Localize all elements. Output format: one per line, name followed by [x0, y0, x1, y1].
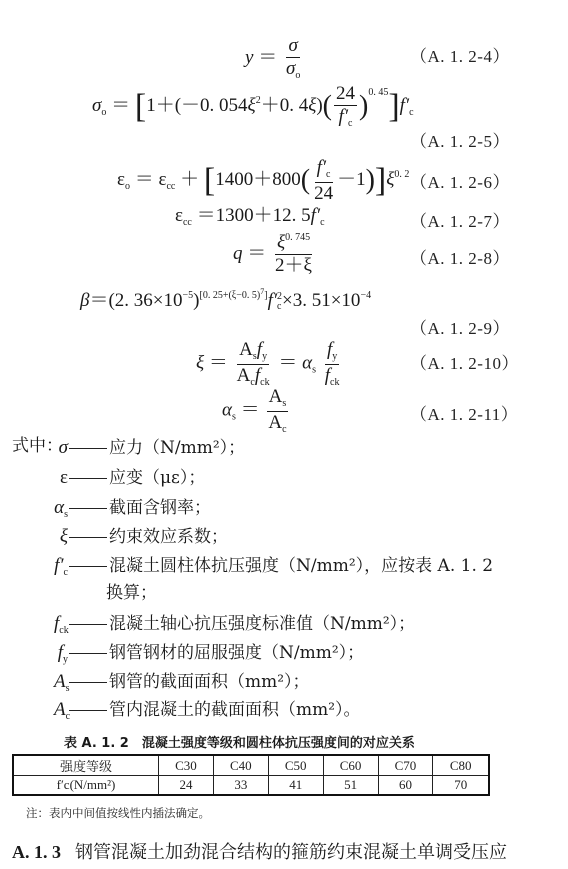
subscript: s [232, 411, 236, 422]
numerator: A [239, 339, 253, 360]
eq-term: f′ [400, 95, 409, 116]
definition-text: 混凝土圆柱体抗压强度（N/mm²），应按表 A. 1. 2 [109, 556, 493, 576]
definition-ac: Ac管内混凝土的截面面积（mm²）。 [54, 700, 361, 722]
definition-sigma: σ应力（N/mm²）； [54, 438, 245, 457]
equation-number: （A. 1. 2-9） [410, 314, 510, 339]
table-row: f′c(N/mm²) 24 33 41 51 60 70 [13, 776, 489, 796]
numerator: f′ [317, 157, 326, 178]
symbol: ε [60, 467, 68, 488]
table-cell: 60 [378, 776, 433, 796]
subscript: ck [59, 625, 68, 636]
subscript: c [326, 169, 330, 180]
definition-fc-prime: f′c混凝土圆柱体抗压强度（N/mm²），应按表 A. 1. 2 [54, 556, 493, 578]
definition-symbol: ξ [54, 527, 68, 546]
subscript: cc [166, 181, 175, 192]
table-header-cell: 强度等级 [13, 755, 159, 776]
eq-lhs: q [233, 243, 243, 264]
definition-symbol: αs [54, 498, 68, 520]
subscript: o [101, 107, 106, 118]
paren-close: ) [366, 165, 375, 196]
table-cell: 41 [268, 776, 323, 796]
eq-lhs: α [222, 399, 232, 420]
equation-a-1-2-8: q ＝ ξ0. 745 2＋ξ [233, 233, 316, 276]
subscript: s [312, 364, 316, 375]
subscript: c [66, 711, 70, 722]
subscript: c [320, 217, 324, 228]
subscript: y [262, 351, 267, 362]
fraction: Asfy Acfck [235, 340, 272, 388]
denominator: f′ [339, 106, 348, 127]
subscript: c [409, 107, 413, 118]
equation-number: （A. 1. 2-6） [410, 168, 510, 193]
eq-term: 1400＋800 [215, 169, 301, 190]
eq-term: 1＋(－0. 054 [146, 95, 247, 116]
em-dash [69, 682, 107, 683]
subscript: cc [183, 217, 192, 228]
section-heading: A. 1. 3钢管混凝土加劲混合结构的箍筋约束混凝土单调受压应 [12, 838, 507, 864]
table-note: 注：表内中间值按线性内插法确定。 [26, 805, 210, 821]
denominator: σ [286, 58, 295, 79]
symbol: α [54, 497, 64, 518]
subscript: o [295, 70, 300, 81]
symbol: A [54, 699, 66, 720]
em-dash [69, 478, 107, 479]
em-dash [69, 448, 107, 449]
fraction: ξ0. 745 2＋ξ [273, 233, 314, 276]
concrete-strength-table: 强度等级 C30 C40 C50 C60 C70 C80 f′c(N/mm²) … [12, 754, 490, 796]
definition-symbol: fy [54, 643, 68, 665]
numerator: σ [286, 36, 299, 58]
paren-close: ) [359, 91, 368, 122]
definition-text: 混凝土轴心抗压强度标准值（N/mm²）； [109, 614, 415, 634]
table-header-cell: C60 [323, 755, 378, 776]
symbol: ξ [60, 526, 68, 547]
table-row-label: f′c(N/mm²) [13, 776, 159, 796]
fraction: fy fck [323, 340, 342, 388]
definition-symbol: Ac [54, 700, 68, 722]
eq-lhs: ε [175, 205, 183, 226]
subscript: s [66, 683, 70, 694]
definition-alpha-s: αs截面含钢率； [54, 498, 211, 520]
exponent: −4 [360, 290, 371, 301]
em-dash [69, 710, 107, 711]
equation-number: （A. 1. 2-11） [410, 400, 518, 425]
bracket-close: ] [388, 88, 399, 125]
equation-a-1-2-11: αs ＝ As Ac [222, 387, 291, 435]
subscript: c [282, 424, 286, 435]
table-cell: 51 [323, 776, 378, 796]
table-cell: 70 [433, 776, 489, 796]
fraction: As Ac [266, 387, 288, 435]
definition-symbol: σ [54, 438, 68, 457]
subscript: y [332, 351, 337, 362]
eq-lhs: σ [92, 95, 101, 116]
equation-a-1-2-7: εcc ＝1300＋12. 5f′c [175, 206, 325, 228]
table-header-row: 强度等级 C30 C40 C50 C60 C70 C80 [13, 755, 489, 776]
definition-fy: fy钢管钢材的屈服强度（N/mm²）； [54, 643, 364, 665]
equation-number: （A. 1. 2-8） [410, 244, 510, 269]
eq-lhs: ε [117, 169, 125, 190]
definition-xi: ξ约束效应系数； [54, 527, 228, 546]
eq-term: ＝(2. 36×10 [89, 290, 182, 311]
definition-symbol: f′c [54, 556, 68, 578]
definition-text: 应力（N/mm²）； [109, 438, 245, 458]
eq-term: －1 [337, 169, 366, 190]
bracket-open: [ [204, 162, 215, 199]
denominator: A [237, 365, 251, 386]
eq-term: ＋0. 4 [261, 95, 309, 116]
definition-as: As钢管的截面面积（mm²）； [54, 672, 310, 694]
superscript: 0. 745 [285, 232, 310, 243]
bracket-open: [ [135, 88, 146, 125]
definition-fc-prime-continued: 换算； [106, 585, 157, 602]
equation-number: （A. 1. 2-7） [410, 207, 510, 232]
equation-a-1-2-10: ξ ＝ Asfy Acfck ＝ αs fy fck [196, 340, 343, 388]
table-header-cell: C40 [213, 755, 268, 776]
bracket-close: ] [375, 162, 386, 199]
table-header-cell: C30 [159, 755, 214, 776]
denominator: 2＋ξ [273, 255, 314, 276]
definition-epsilon: ε应变（με）； [54, 468, 205, 487]
equation-a-1-2-6: εo ＝ εcc ＋ [1400＋800(f′c24－1)]ξ0. 2 [117, 158, 409, 203]
xi-symbol: ξ [248, 95, 256, 116]
eq-term: f′ [268, 290, 277, 311]
subscript: ck [330, 377, 339, 388]
definition-text: 约束效应系数； [109, 527, 228, 547]
symbol: A [54, 671, 66, 692]
equation-a-1-2-9: β＝(2. 36×10−5)[0. 25+(ξ−0. 5)7]f′2c×3. 5… [80, 288, 371, 312]
definition-symbol: fck [54, 614, 68, 636]
paren-open: ( [323, 91, 332, 122]
table-header-cell: C50 [268, 755, 323, 776]
fraction: f′c24 [312, 158, 335, 203]
fraction: σ σo [284, 36, 302, 81]
eq-lhs: y [245, 47, 253, 68]
denominator: A [268, 412, 282, 433]
definition-symbol: As [54, 672, 68, 694]
definition-text: 钢管的截面面积（mm²）； [109, 672, 310, 692]
em-dash [69, 653, 107, 654]
eq-term: ×3. 51×10 [282, 290, 360, 311]
exponent: [0. 25+(ξ−0. 5) [199, 290, 260, 301]
section-number: A. 1. 3 [12, 842, 61, 862]
table-cell: 33 [213, 776, 268, 796]
subscript: o [125, 181, 130, 192]
definition-fck: fck混凝土轴心抗压强度标准值（N/mm²）； [54, 614, 415, 636]
exponent: 0. 2 [394, 169, 409, 180]
table-header-cell: C70 [378, 755, 433, 776]
em-dash [69, 537, 107, 538]
subscript: s [282, 398, 286, 409]
definition-text: 钢管钢材的屈服强度（N/mm²）； [109, 643, 364, 663]
eq-term: ＝1300＋12. 5 [197, 205, 311, 226]
eq-term: α [302, 352, 312, 373]
subscript: y [63, 654, 68, 665]
numerator: 24 [334, 84, 357, 106]
equation-a-1-2-5: σo ＝ [1＋(－0. 054ξ2＋0. 4ξ)(24f′c)0. 45]f′… [92, 84, 414, 129]
definition-symbol: ε [54, 468, 68, 487]
denominator: 24 [312, 183, 335, 204]
paren-open: ( [301, 165, 310, 196]
symbol: f′ [54, 555, 63, 576]
subscript: s [64, 509, 68, 520]
numerator: ξ [277, 232, 285, 253]
definition-text: 应变（με）； [109, 468, 205, 488]
equation-number: （A. 1. 2-5） [410, 127, 510, 152]
table-cell: 24 [159, 776, 214, 796]
table-caption: 表 A. 1. 2 混凝土强度等级和圆柱体抗压强度间的对应关系 [64, 732, 415, 751]
symbol: σ [59, 437, 68, 458]
equation-number: （A. 1. 2-10） [410, 349, 519, 374]
fraction: 24f′c [334, 84, 357, 129]
definition-text: 截面含钢率； [109, 498, 211, 518]
exponent: 0. 45 [368, 87, 388, 98]
subscript: c [64, 567, 68, 578]
equation-a-1-2-4: y ＝ σ σo [245, 36, 304, 81]
section-title: 钢管混凝土加劲混合结构的箍筋约束混凝土单调受压应 [75, 842, 507, 863]
definition-text: 管内混凝土的截面面积（mm²）。 [109, 700, 361, 720]
numerator: A [269, 386, 283, 407]
table-header-cell: C80 [433, 755, 489, 776]
em-dash [69, 624, 107, 625]
em-dash [69, 566, 107, 567]
subscript: c [348, 118, 352, 129]
em-dash [69, 508, 107, 509]
exponent: −5 [183, 290, 194, 301]
eq-term: f′ [311, 205, 320, 226]
eq-lhs: ξ [196, 352, 204, 373]
equation-number: （A. 1. 2-4） [410, 42, 510, 67]
